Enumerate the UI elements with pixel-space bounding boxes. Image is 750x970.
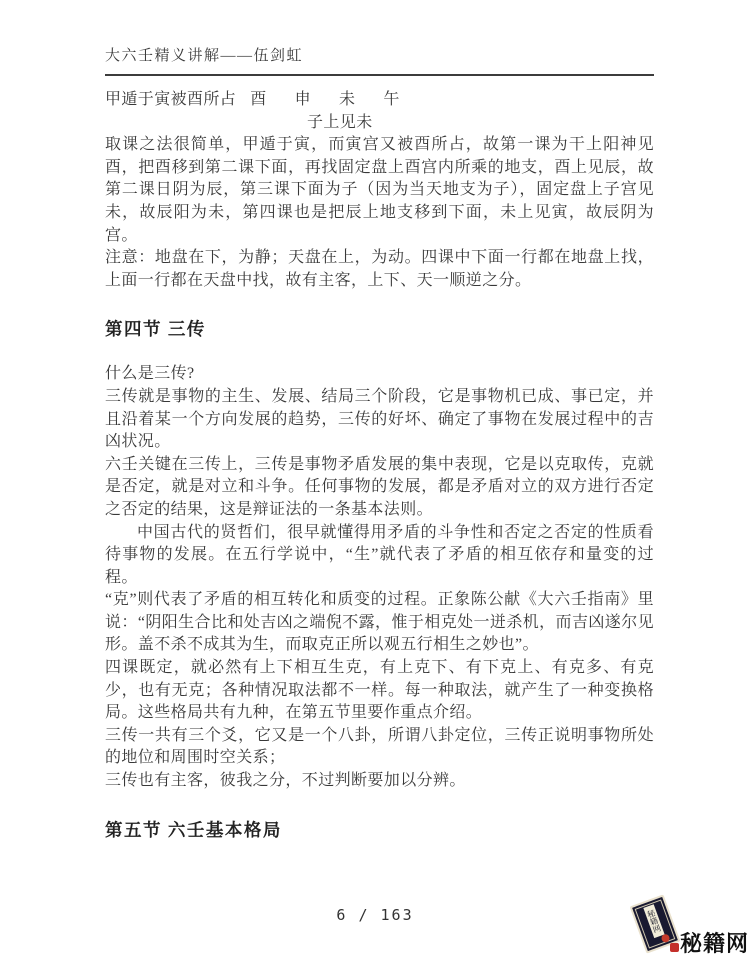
book-logo-label: 秘籍网 bbox=[643, 904, 664, 938]
paragraph-ancient-sages: 中国古代的贤哲们，很早就懂得用矛盾的斗争性和否定之否定的性质看待事物的发展。在五… bbox=[105, 522, 654, 590]
brand-name: 秘籍网 bbox=[680, 927, 749, 958]
paragraph-sanchuan-definition: 三传就是事物的主生、发展、结局三个阶段，它是事物机已成、事已定，并且沿着某一个方… bbox=[105, 386, 654, 454]
paragraph-notice: 注意：地盘在下，为静；天盘在上，为动。四课中下面一行都在地盘上找，上面一行都在天… bbox=[105, 247, 654, 292]
paragraph-what-is-sanchuan: 什么是三传? bbox=[105, 363, 654, 386]
publisher-watermark: 秘籍网 秘籍网 bbox=[623, 897, 745, 965]
diagram-branch-wei: 未 bbox=[339, 89, 355, 112]
paragraph-ke-quote: “克”则代表了矛盾的相互转化和质变的过程。正象陈公献《大六壬指南》里说：“阴阳生… bbox=[105, 589, 654, 657]
diagram-branch-shen: 申 bbox=[295, 89, 311, 112]
paragraph-quke-method: 取课之法很简单，甲遁于寅，而寅宫又被酉所占，故第一课为干上阳神见酉，把酉移到第二… bbox=[105, 134, 654, 247]
brand-seal-icon bbox=[670, 943, 679, 952]
paragraph-sanchuan-yao: 三传一共有三个爻，它又是一个八卦，所谓八卦定位，三传正说明事物所处的地位和周围时… bbox=[105, 725, 654, 770]
document-page: 大六壬精义讲解——伍剑虹 甲遁于寅被酉所占酉申未午 子上见未 取课之法很简单，甲… bbox=[0, 0, 750, 970]
case-diagram-line: 甲遁于寅被酉所占酉申未午 bbox=[105, 89, 654, 112]
page-header-title: 大六壬精义讲解——伍剑虹 bbox=[105, 44, 654, 76]
case-diagram-label: 甲遁于寅被酉所占 bbox=[105, 91, 236, 108]
page-header: 大六壬精义讲解——伍剑虹 bbox=[105, 44, 654, 76]
paragraph-sanchuan-key: 六壬关键在三传上，三传是事物矛盾发展的集中表现，它是以克取传，克就是否定，就是对… bbox=[105, 454, 654, 522]
book-seal-icon bbox=[660, 933, 670, 943]
section-heading-5: 第五节 六壬基本格局 bbox=[105, 817, 654, 842]
section-heading-4: 第四节 三传 bbox=[105, 316, 654, 341]
paragraph-sike-patterns: 四课既定，就必然有上下相互生克，有上克下、有下克上、有克多、有克少，也有无克；各… bbox=[105, 657, 654, 725]
page-body: 甲遁于寅被酉所占酉申未午 子上见未 取课之法很简单，甲遁于寅，而寅宫又被酉所占，… bbox=[105, 89, 654, 842]
paragraph-sanchuan-zhuke: 三传也有主客，彼我之分，不过判断要加以分辨。 bbox=[105, 770, 654, 793]
diagram-branch-wu: 午 bbox=[383, 89, 399, 112]
case-diagram-subline: 子上见未 bbox=[307, 112, 654, 135]
diagram-branch-you: 酉 bbox=[250, 89, 266, 112]
